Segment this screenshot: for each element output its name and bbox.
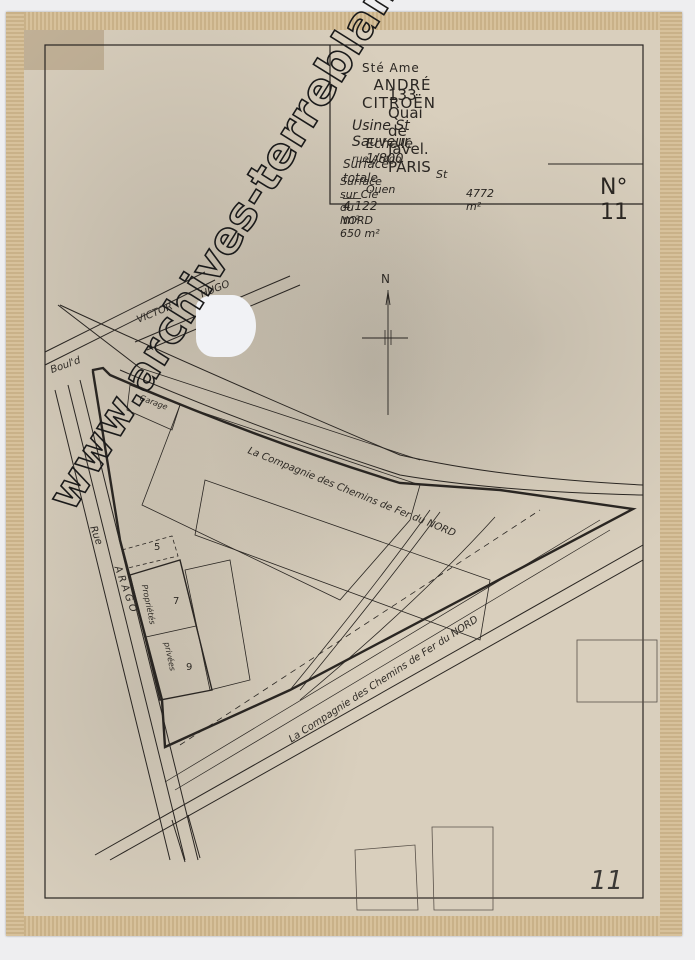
parcel-label-7: 7 bbox=[173, 596, 179, 607]
parcel-label-9: 9 bbox=[186, 662, 192, 673]
parcel-label-5: 5 bbox=[154, 542, 160, 553]
surface-sum: 4772 m² bbox=[466, 187, 494, 213]
surface-nord: Surface sur Cie du NORD 650 m² bbox=[340, 175, 382, 240]
sheet-number: N° 11 bbox=[600, 175, 628, 225]
north-arrow-label: N bbox=[381, 272, 390, 286]
pencil-sheet-number: 11 bbox=[590, 866, 623, 896]
company-prefix: Sté Ame bbox=[362, 61, 420, 75]
